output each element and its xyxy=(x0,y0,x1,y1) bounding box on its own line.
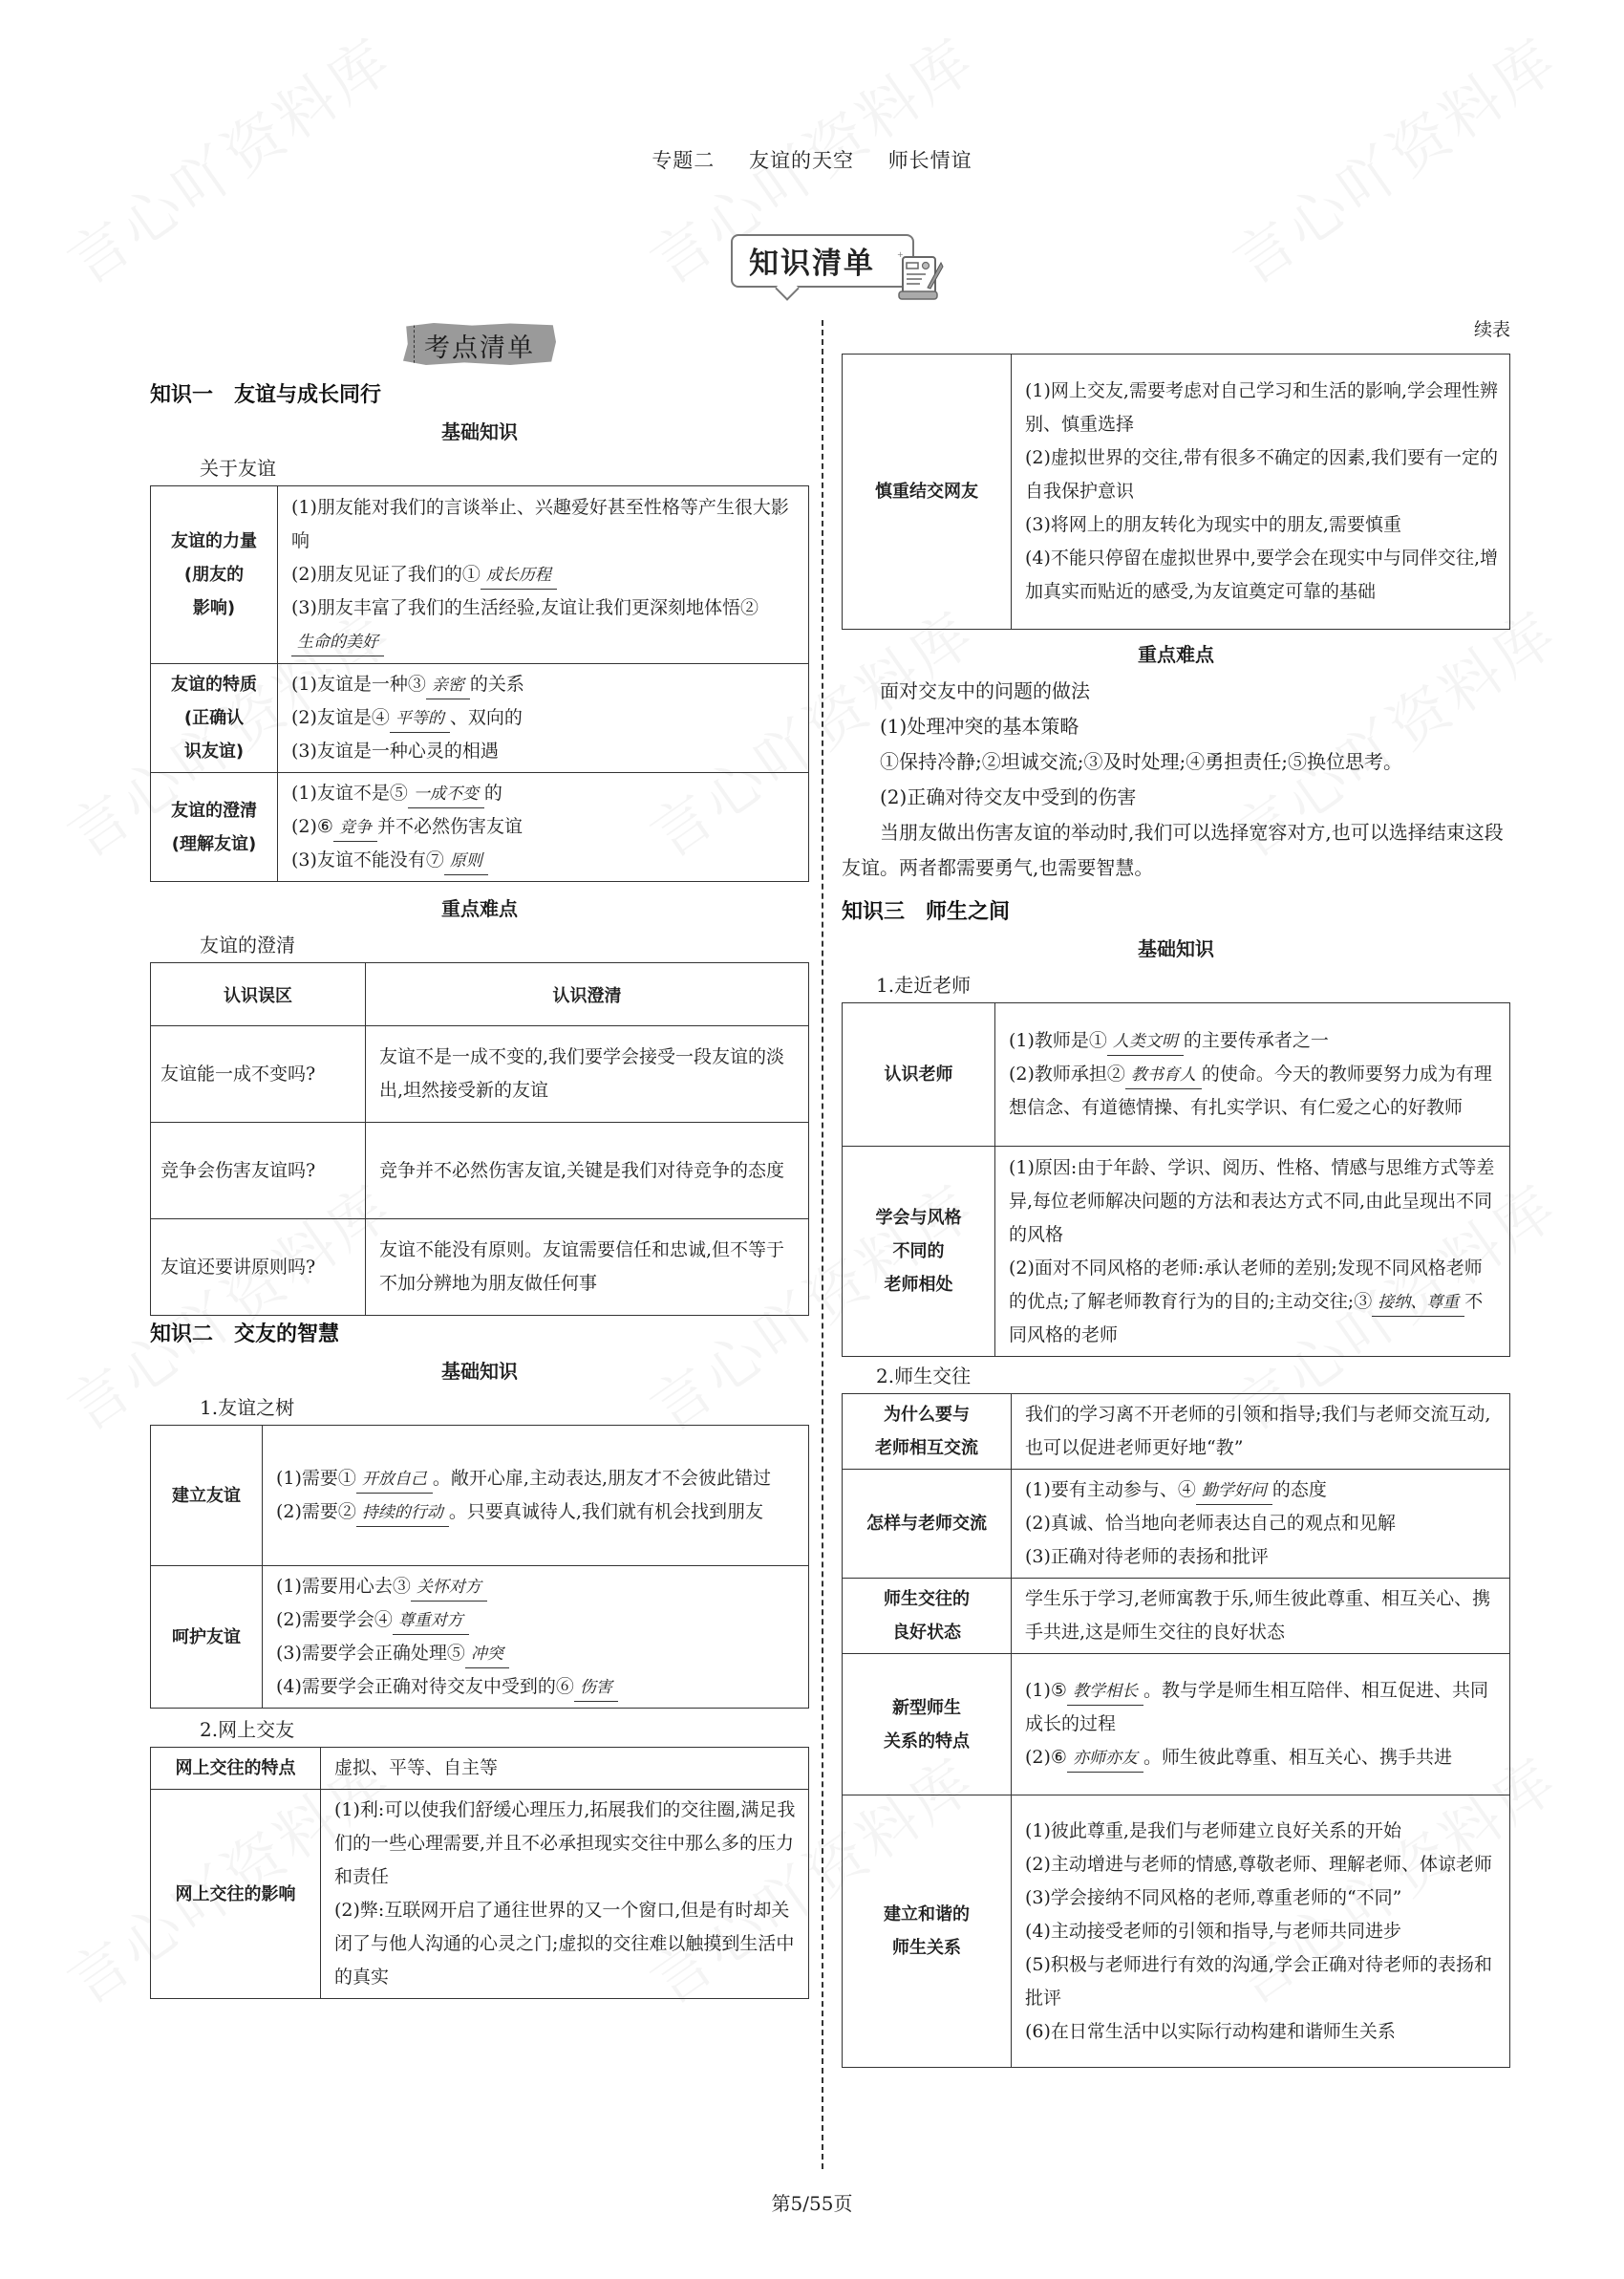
answer-blank: 亲密 xyxy=(426,672,470,699)
online-friendship-table: 网上交往的特点 虚拟、平等、自主等 网上交往的影响 (1)利:可以使我们舒缓心理… xyxy=(150,1747,809,1999)
clarify-table: 认识误区 认识澄清 友谊能一成不变吗? 友谊不是一成不变的,我们要学会接受一段友… xyxy=(150,962,809,1316)
svg-text:+: + xyxy=(897,250,904,259)
table-row: 认识老师 (1)教师是①人类文明的主要传承者之一 (2)教师承担②教书育人的使命… xyxy=(843,1003,1510,1147)
table-row: 网上交往的影响 (1)利:可以使我们舒缓心理压力,拓展我们的交往圈,满足我们的一… xyxy=(151,1790,809,1999)
banner-title: 知识清单 xyxy=(731,239,893,282)
column-divider xyxy=(822,320,823,2169)
table-row: 友谊的澄清 (理解友谊) (1)友谊不是⑤一成不变的 (2)⑥竞争并不必然伤害友… xyxy=(151,773,809,882)
answer-blank: 伤害 xyxy=(574,1674,618,1702)
subheading-basic: 基础知识 xyxy=(842,930,1510,968)
subheading-key: 重点难点 xyxy=(842,635,1510,674)
table-row: 学会与风格 不同的 老师相处 (1)原因:由于年龄、学识、阅历、性格、情感与思维… xyxy=(843,1147,1510,1357)
table-row: 友谊的特质 (正确认 识友谊) (1)友谊是一种③亲密的关系 (2)友谊是④平等… xyxy=(151,664,809,773)
row-head: 友谊的特质 (正确认 识友谊) xyxy=(151,664,278,773)
continued-label: 续表 xyxy=(842,315,1510,354)
column-header: 认识澄清 xyxy=(366,963,809,1026)
row-body: (1)友谊不是⑤一成不变的 (2)⑥竞争并不必然伤害友谊 (3)友谊不能没有⑦原… xyxy=(278,773,809,882)
answer-blank: 开放自己 xyxy=(356,1466,433,1494)
answer-blank: 尊重对方 xyxy=(393,1607,469,1635)
lead-text: 1.走近老师 xyxy=(842,968,1510,1002)
header-unit-2: 师长情谊 xyxy=(888,149,972,172)
table-header-row: 认识误区 认识澄清 xyxy=(151,963,809,1026)
knowledge-heading-2: 知识二交友的智慧 xyxy=(150,1318,809,1352)
table-row: 竞争会伤害友谊吗? 竞争并不必然伤害友谊,关键是我们对待竞争的态度 xyxy=(151,1123,809,1219)
teacher-table: 认识老师 (1)教师是①人类文明的主要传承者之一 (2)教师承担②教书育人的使命… xyxy=(842,1002,1510,1357)
answer-blank: 接纳、尊重 xyxy=(1372,1289,1464,1317)
answer-blank: 一成不变 xyxy=(408,781,484,808)
header-topic: 专题二 xyxy=(652,149,715,172)
row-head: 友谊的澄清 (理解友谊) xyxy=(151,773,278,882)
answer-blank: 教学相长 xyxy=(1067,1678,1143,1706)
table-row: 建立和谐的 师生关系 (1)彼此尊重,是我们与老师建立良好关系的开始 (2)主动… xyxy=(843,1795,1510,2068)
lead-text: 2.师生交往 xyxy=(842,1359,1510,1393)
lead-text: 关于友谊 xyxy=(150,451,809,485)
answer-blank: 持续的行动 xyxy=(356,1499,449,1527)
answer-blank: 生命的美好 xyxy=(291,629,384,656)
table-row: 慎重结交网友 (1)网上交友,需要考虑对自己学习和生活的影响,学会理性辨别、慎重… xyxy=(843,355,1510,630)
knowledge-heading-1: 知识一友谊与成长同行 xyxy=(150,378,809,413)
subheading-basic: 基础知识 xyxy=(150,413,809,451)
answer-blank: 人类文明 xyxy=(1107,1028,1184,1056)
answer-blank: 关怀对方 xyxy=(411,1574,487,1602)
page-number: 第5/55页 xyxy=(0,2188,1624,2216)
section-tag-label: 考点清单 xyxy=(403,327,556,364)
lead-text: 1.友谊之树 xyxy=(150,1390,809,1425)
left-column: 考点清单 知识一友谊与成长同行 基础知识 关于友谊 友谊的力量 (朋友的 影响)… xyxy=(150,315,809,1999)
answer-blank: 成长历程 xyxy=(481,562,557,590)
lead-text: 友谊的澄清 xyxy=(150,928,809,962)
table-row: 友谊的力量 (朋友的 影响) (1)朋友能对我们的言谈举止、兴趣爱好甚至性格等产… xyxy=(151,486,809,664)
knowledge-list-banner: 知识清单 + xyxy=(731,234,955,303)
friendship-tree-table: 建立友谊 (1)需要①开放自己。敞开心扉,主动表达,朋友才不会彼此错过 (2)需… xyxy=(150,1425,809,1709)
knowledge-heading-3: 知识三师生之间 xyxy=(842,895,1510,930)
table-row: 师生交往的 良好状态 学生乐于学习,老师寓教于乐,师生彼此尊重、相互关心、携手共… xyxy=(843,1579,1510,1654)
online-friend-caution-table: 慎重结交网友 (1)网上交友,需要考虑对自己学习和生活的影响,学会理性辨别、慎重… xyxy=(842,354,1510,630)
teacher-student-table: 为什么要与 老师相互交流 我们的学习离不开老师的引领和指导;我们与老师交流互动,… xyxy=(842,1393,1510,2068)
column-header: 认识误区 xyxy=(151,963,366,1026)
header-unit-1: 友谊的天空 xyxy=(749,149,854,172)
answer-blank: 竞争 xyxy=(333,814,377,842)
answer-blank: 原则 xyxy=(444,848,488,875)
table-row: 友谊能一成不变吗? 友谊不是一成不变的,我们要学会接受一段友谊的淡出,坦然接受新… xyxy=(151,1026,809,1123)
row-body: (1)朋友能对我们的言谈举止、兴趣爱好甚至性格等产生很大影响 (2)朋友见证了我… xyxy=(278,486,809,664)
table-row: 呵护友谊 (1)需要用心去③关怀对方 (2)需要学会④尊重对方 (3)需要学会正… xyxy=(151,1566,809,1709)
subheading-basic: 基础知识 xyxy=(150,1352,809,1390)
answer-blank: 亦师亦友 xyxy=(1067,1745,1143,1773)
table-row: 友谊还要讲原则吗? 友谊不能没有原则。友谊需要信任和忠诚,但不等于不加分辨地为朋… xyxy=(151,1219,809,1316)
table-row: 建立友谊 (1)需要①开放自己。敞开心扉,主动表达,朋友才不会彼此错过 (2)需… xyxy=(151,1426,809,1566)
right-column: 续表 慎重结交网友 (1)网上交友,需要考虑对自己学习和生活的影响,学会理性辨别… xyxy=(842,315,1510,2068)
answer-blank: 冲突 xyxy=(465,1641,509,1668)
row-head: 友谊的力量 (朋友的 影响) xyxy=(151,486,278,664)
table-row: 怎样与老师交流 (1)要有主动参与、④勤学好问的态度 (2)真诚、恰当地向老师表… xyxy=(843,1470,1510,1579)
answer-blank: 勤学好问 xyxy=(1196,1477,1272,1505)
section-tag: 考点清单 xyxy=(403,323,556,365)
answer-blank: 教书育人 xyxy=(1125,1062,1202,1089)
page-header: 专题二 友谊的天空 师长情谊 xyxy=(0,145,1624,174)
table-row: 新型师生 关系的特点 (1)⑤教学相长。教与学是师生相互陪伴、相互促进、共同成长… xyxy=(843,1654,1510,1795)
subheading-key: 重点难点 xyxy=(150,890,809,928)
answer-blank: 平等的 xyxy=(390,705,450,733)
table-row: 为什么要与 老师相互交流 我们的学习离不开老师的引领和指导;我们与老师交流互动,… xyxy=(843,1394,1510,1470)
document-quill-icon: + xyxy=(895,249,949,303)
row-body: (1)友谊是一种③亲密的关系 (2)友谊是④平等的、双向的 (3)友谊不能没有⑦… xyxy=(278,664,809,773)
lead-text: 2.网上交友 xyxy=(150,1712,809,1747)
friendship-table: 友谊的力量 (朋友的 影响) (1)朋友能对我们的言谈举止、兴趣爱好甚至性格等产… xyxy=(150,485,809,882)
table-row: 网上交往的特点 虚拟、平等、自主等 xyxy=(151,1748,809,1790)
